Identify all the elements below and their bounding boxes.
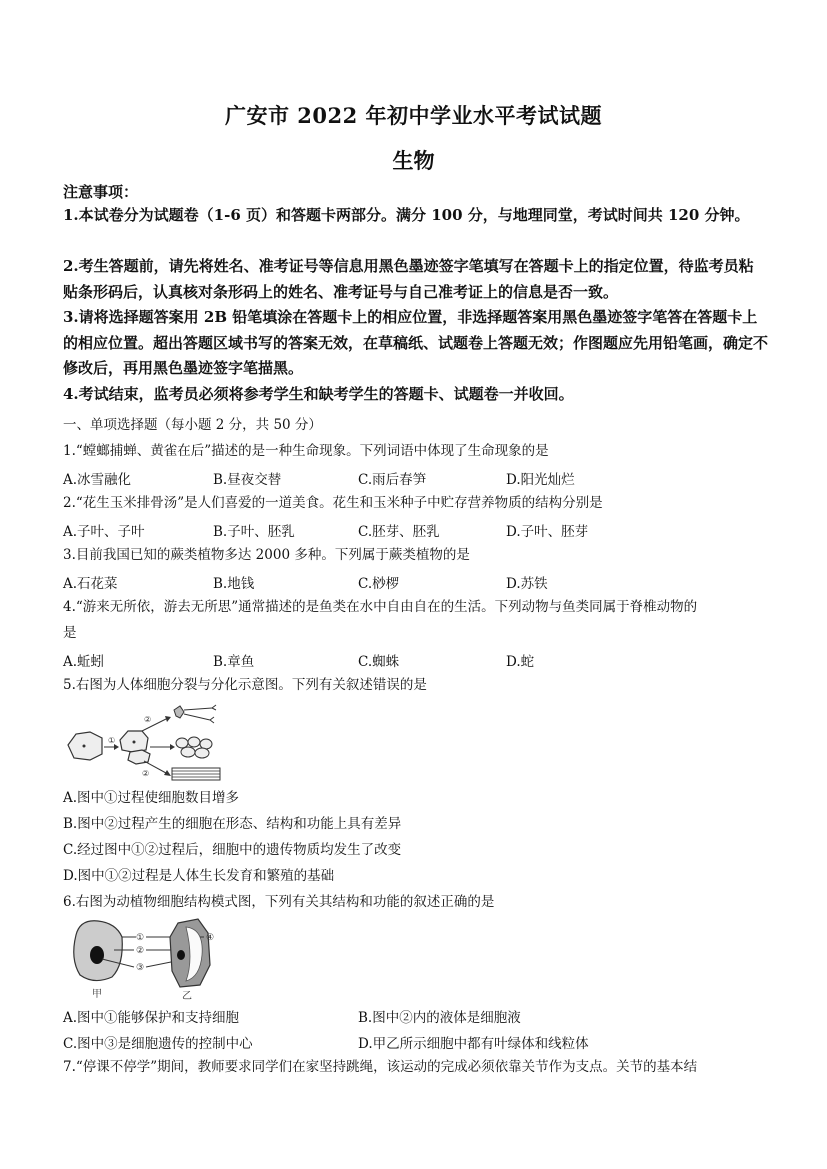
svg-text:③: ③ <box>136 963 144 973</box>
svg-text:②: ② <box>136 946 144 956</box>
q4-option-a: A.蚯蚓 <box>63 650 104 670</box>
question-4-stem-cont: 是 <box>63 624 77 642</box>
q4-option-b: B.章鱼 <box>213 650 254 670</box>
question-3-stem: 3.目前我国已知的蕨类植物多达 2000 多种。下列属于蕨类植物的是 <box>63 546 470 564</box>
q3-option-d: D.苏铁 <box>506 572 548 592</box>
question-6-stem: 6.右图为动植物细胞结构模式图，下列有关其结构和功能的叙述正确的是 <box>63 893 494 911</box>
notice-item-1: 1.本试卷分为试题卷（1-6 页）和答题卡两部分。满分 100 分，与地理同堂，… <box>63 203 768 229</box>
q6-option-a: A.图中①能够保护和支持细胞 <box>63 1006 239 1026</box>
q2-option-d: D.子叶、胚芽 <box>506 520 588 540</box>
q5-option-a: A.图中①过程使细胞数目增多 <box>63 789 239 807</box>
q1-option-c: C.雨后春笋 <box>358 468 426 488</box>
svg-text:乙: 乙 <box>182 990 192 1002</box>
exam-subject: 生物 <box>0 145 827 175</box>
q3-option-c: C.桫椤 <box>358 572 399 592</box>
exam-title: 广安市 2022 年初中学业水平考试试题 <box>0 100 827 130</box>
q6-option-d: D.甲乙所示细胞中都有叶绿体和线粒体 <box>358 1032 589 1052</box>
notice-item-3: 3.请将选择题答案用 2B 铅笔填涂在答题卡上的相应位置，非选择题答案用黑色墨迹… <box>63 305 768 382</box>
q3-option-b: B.地钱 <box>213 572 254 592</box>
svg-text:④: ④ <box>206 933 214 943</box>
q2-option-c: C.胚芽、胚乳 <box>358 520 440 540</box>
q2-option-b: B.子叶、胚乳 <box>213 520 295 540</box>
process-1-label: ① <box>108 736 115 745</box>
svg-text:甲: 甲 <box>92 988 102 1000</box>
q5-option-b: B.图中②过程产生的细胞在形态、结构和功能上具有差异 <box>63 815 401 833</box>
animal-plant-cell-diagram: 甲 ① ② ③ ④ 乙 <box>66 915 226 1003</box>
question-4-stem: 4.“游来无所依，游去无所思”通常描述的是鱼类在水中自由自在的生活。下列动物与鱼… <box>63 598 697 616</box>
question-1-stem: 1.“螳螂捕蝉、黄雀在后”描述的是一种生命现象。下列词语中体现了生命现象的是 <box>63 442 549 460</box>
notice-item-4: 4.考试结束，监考员必须将参考学生和缺考学生的答题卡、试题卷一并收回。 <box>63 382 768 408</box>
q4-option-d: D.蛇 <box>506 650 534 670</box>
notice-item-2: 2.考生答题前，请先将姓名、准考证号等信息用黑色墨迹签字笔填写在答题卡上的指定位… <box>63 254 768 305</box>
q4-option-c: C.蜘蛛 <box>358 650 399 670</box>
question-7-stem: 7.“停课不停学”期间，教师要求同学们在家坚持跳绳，该运动的完成必须依靠关节作为… <box>63 1058 697 1076</box>
q1-option-d: D.阳光灿烂 <box>506 468 575 488</box>
q5-option-c: C.经过图中①②过程后，细胞中的遗传物质均发生了改变 <box>63 841 401 859</box>
section-heading: 一、单项选择题（每小题 2 分，共 50 分） <box>63 416 322 434</box>
q6-option-c: C.图中③是细胞遗传的控制中心 <box>63 1032 253 1052</box>
question-5-stem: 5.右图为人体细胞分裂与分化示意图。下列有关叙述错误的是 <box>63 676 427 694</box>
svg-text:①: ① <box>136 933 144 943</box>
question-2-stem: 2.“花生玉米排骨汤”是人们喜爱的一道美食。花生和玉米种子中贮存营养物质的结构分… <box>63 494 603 512</box>
svg-text:②: ② <box>142 769 149 778</box>
notice-heading: 注意事项： <box>63 181 138 202</box>
q2-option-a: A.子叶、子叶 <box>63 520 145 540</box>
q6-option-b: B.图中②内的液体是细胞液 <box>358 1006 521 1026</box>
q1-option-a: A.冰雪融化 <box>63 468 131 488</box>
cell-division-diagram: ① ② ② <box>62 700 232 782</box>
svg-text:②: ② <box>144 715 151 724</box>
q1-option-b: B.昼夜交替 <box>213 468 281 488</box>
q5-option-d: D.图中①②过程是人体生长发育和繁殖的基础 <box>63 867 334 885</box>
q3-option-a: A.石花菜 <box>63 572 118 592</box>
